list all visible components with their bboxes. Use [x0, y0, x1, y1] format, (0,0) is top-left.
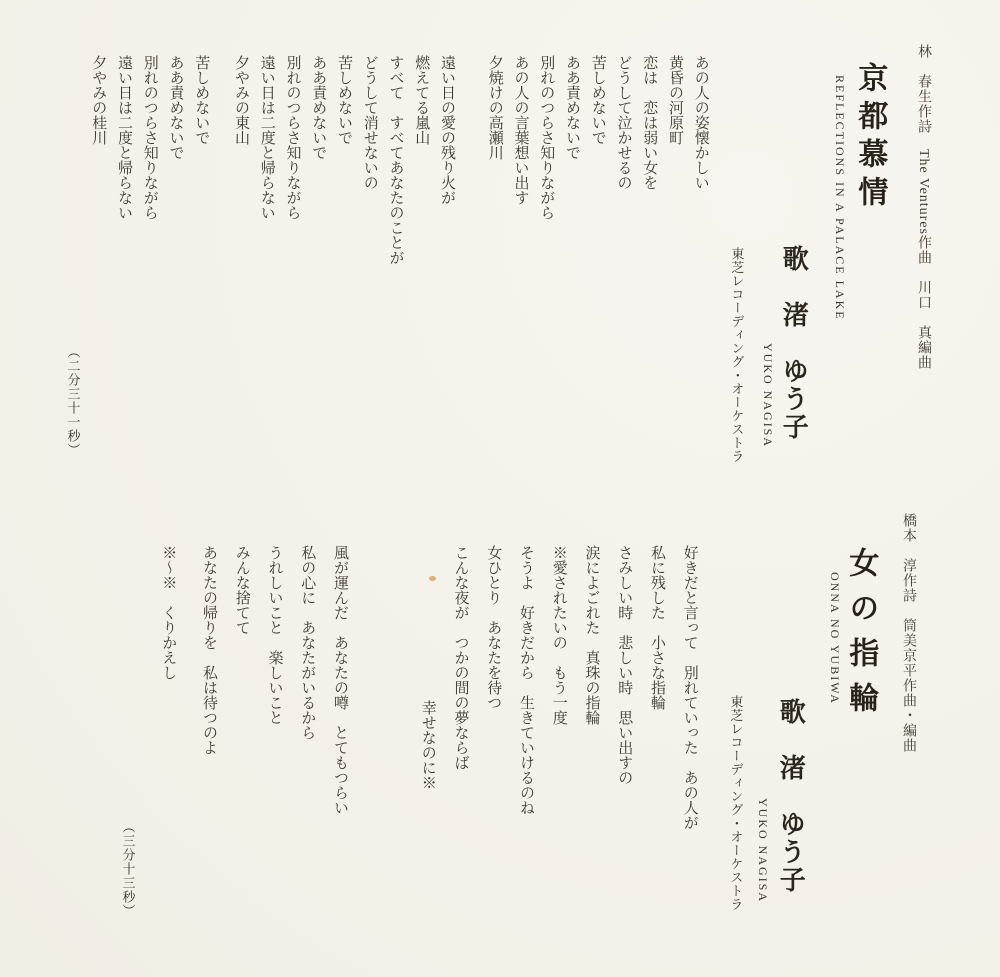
song1-section: 林 春生作詩 The Ventures作曲 川口 真編曲 京都慕情 REFLEC… — [66, 28, 930, 470]
lyric-line: みんな捨てて — [233, 510, 249, 952]
lyric-line: あなたの帰りを 私は待つのよ — [200, 510, 216, 952]
song2-credits: 橋本 淳作詩 筒美京平作曲・編曲 — [900, 510, 915, 952]
song1-credits: 林 春生作詩 The Ventures作曲 川口 真編曲 — [915, 28, 930, 470]
lyric-line: 遠い日は二度と帰らない — [115, 28, 131, 470]
song1-orchestra: 東芝レコーディング・オーケストラ — [730, 28, 744, 470]
lyric-line: うれしいこと 楽しいこと — [266, 510, 282, 952]
lyric-line: 苦しめないで — [589, 28, 605, 470]
lyric-line: 遠い日は二度と帰らない — [258, 28, 274, 470]
song2-section: 橋本 淳作詩 筒美京平作曲・編曲 女の指輪 ONNA NO YUBIWA 歌 渚… — [121, 510, 915, 952]
lyric-line: さみしい時 悲しい時 思い出すの — [615, 510, 631, 952]
lyric-line: どうして消せないの — [361, 28, 377, 470]
lyric-line: ああ責めないで — [309, 28, 325, 470]
song1-singer: 歌 渚 ゆう子 — [780, 28, 807, 470]
lyric-line: 夕やみの東山 — [232, 28, 248, 470]
lyric-line: 風が運んだ あなたの噂 とてもつらい — [331, 510, 347, 952]
lyric-line: 好きだと言って 別れていった あの人が — [681, 510, 697, 952]
lyric-line: ああ責めないで — [563, 28, 579, 470]
song2-singer: 歌 渚 ゆう子 — [777, 510, 804, 952]
lyric-line: ※愛されたいの もう一度 — [550, 510, 566, 952]
song2-singer-english: YUKO NAGISA — [756, 510, 769, 952]
lyric-line: あの人の言葉想い出す — [512, 28, 528, 470]
song2-title-english: ONNA NO YUBIWA — [828, 510, 841, 952]
lyric-line: ああ責めないで — [167, 28, 183, 470]
lyric-line: 私の心に あなたがいるから — [298, 510, 314, 952]
lyric-line: 別れのつらさ知りながら — [141, 28, 157, 470]
lyric-line: 恋は 恋は弱い女を — [640, 28, 656, 470]
lyric-sheet-page: { "song1": { "credits": "林 春生作詩 The Vent… — [0, 0, 1000, 977]
lyric-line: すべて すべてあなたのことが — [387, 28, 403, 470]
paper-speck — [429, 576, 436, 581]
lyric-line: 燃えてる嵐山 — [412, 28, 428, 470]
lyric-line: そうよ 好きだから 生きていけるのね — [517, 510, 533, 952]
song1-duration: （二分三十一秒） — [66, 28, 80, 470]
lyric-line: 黄昏の河原町 — [666, 28, 682, 470]
song2-title: 女の指輪 — [845, 510, 877, 952]
song1-singer-english: YUKO NAGISA — [761, 28, 774, 470]
lyric-line: 別れのつらさ知りながら — [537, 28, 553, 470]
lyric-line: 夕やみの桂川 — [89, 28, 105, 470]
song2-duration: （三分十三秒） — [121, 510, 135, 952]
lyric-line: あの人の姿懐かしい — [692, 28, 708, 470]
lyric-line: 夕焼けの高瀬川 — [486, 28, 502, 470]
lyric-line: 苦しめないで — [192, 28, 208, 470]
lyric-line: こんな夜が つかの間の夢ならば — [452, 510, 468, 952]
lyric-line: 別れのつらさ知りながら — [284, 28, 300, 470]
lyric-line: 私に残した 小さな指輪 — [648, 510, 664, 952]
lyric-line: 涙によごれた 真珠の指輪 — [583, 510, 599, 952]
song1-title-english: REFLECTIONS IN A PALACE LAKE — [833, 28, 846, 470]
lyric-line: 遠い日の愛の残り火が — [438, 28, 454, 470]
song2-refrain-note: ※〜※ くりかえし — [159, 510, 175, 952]
song1-title: 京都慕情 — [854, 28, 886, 470]
lyric-line: どうして泣かせるの — [615, 28, 631, 470]
lyric-line: 苦しめないで — [335, 28, 351, 470]
lyric-line: 女ひとり あなたを待つ — [484, 510, 500, 952]
song2-orchestra: 東芝レコーディング・オーケストラ — [729, 510, 743, 952]
